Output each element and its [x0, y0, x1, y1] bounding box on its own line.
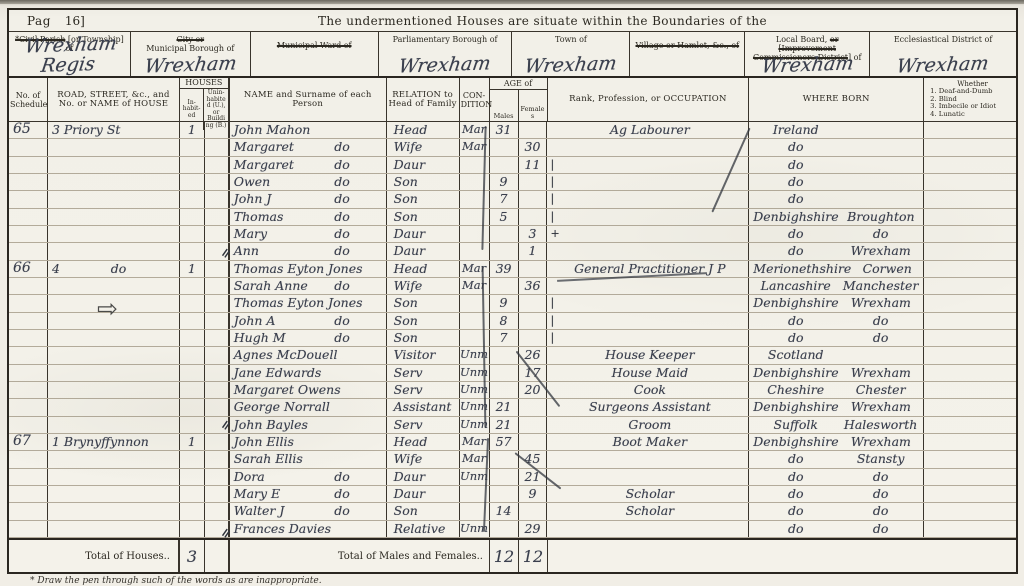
table-row: Margaret Owens Serv Unm 20 Cook Cheshire… [9, 382, 1016, 399]
cell-occupation: Groom [547, 417, 749, 433]
cell-age-male [490, 157, 519, 173]
cell-born-county: do [753, 191, 838, 206]
cell-where-born: LancashireManchester [749, 278, 924, 294]
cell-relation: Assistant [387, 399, 460, 415]
cell-inhabited [180, 399, 205, 415]
cell-schedule [9, 139, 48, 155]
cell-age-female [519, 417, 548, 433]
cell-where-born: dodo [749, 486, 924, 502]
cell-name-ditto: do [334, 191, 350, 206]
cell-uninhabited [205, 382, 230, 398]
cell-infirmity [924, 313, 1016, 329]
cell-born-place: do [838, 226, 923, 241]
cell-schedule [9, 278, 48, 294]
box-municipal-ward-value [251, 55, 378, 75]
cell-inhabited [180, 209, 205, 225]
cell-name: George Norrall [230, 399, 387, 415]
cell-relation: Daur [387, 486, 460, 502]
cell-age-male: 57 [490, 434, 519, 450]
cell-age-male: 8 [490, 313, 519, 329]
scan-edge [0, 0, 1024, 4]
cell-condition [460, 243, 490, 259]
cell-uninhabited [205, 503, 230, 519]
box-parliamentary-borough-label: Parliamentary Borough of [379, 35, 512, 44]
cell-uninhabited [205, 122, 230, 138]
box-town-label: Town of [512, 35, 629, 44]
cell-road [48, 330, 180, 346]
cell-condition [460, 174, 490, 190]
cell-infirmity [924, 139, 1016, 155]
cell-uninhabited [205, 365, 230, 381]
cell-schedule [9, 174, 48, 190]
cell-relation: Serv [387, 365, 460, 381]
cell-infirmity [924, 174, 1016, 190]
cell-age-male: 39 [490, 261, 519, 277]
cell-born-county: Suffolk [753, 417, 838, 432]
cell-schedule [9, 243, 48, 259]
cell-relation: Wife [387, 139, 460, 155]
table-row: John A do Son 8 | dodo [9, 313, 1016, 330]
cell-name: Frances Davies [230, 521, 387, 537]
cell-relation: Head [387, 434, 460, 450]
cell-born-county: Ireland [753, 122, 838, 137]
box-parliamentary-borough-value: Wrexham [379, 55, 512, 75]
cell-age-female: 36 [519, 278, 548, 294]
cell-road [48, 209, 180, 225]
header-schedule: No. of Schedule [9, 78, 48, 121]
cell-road-ditto: do [111, 261, 127, 276]
box-municipal-ward-label: Municipal Ward of [251, 35, 378, 50]
cell-condition: Unm [460, 521, 490, 537]
cell-name: John Ellis [230, 434, 387, 450]
cell-road [48, 417, 180, 433]
cell-uninhabited [205, 347, 230, 363]
cell-born-county: do [753, 469, 838, 484]
cell-born-county: do [753, 139, 838, 154]
box-municipal-borough: City or Municipal Borough of Wrexham [131, 32, 251, 76]
cell-born-county: do [753, 451, 838, 466]
cell-born-county: Cheshire [753, 382, 838, 397]
cell-infirmity [924, 157, 1016, 173]
cell-inhabited [180, 295, 205, 311]
cell-born-place [838, 139, 923, 154]
cell-inhabited [180, 174, 205, 190]
cell-condition [460, 313, 490, 329]
cell-infirmity [924, 261, 1016, 277]
header-houses: HOUSES In-habit-ed Unin-habited (U.), or… [180, 78, 230, 121]
cell-born-place: do [838, 313, 923, 328]
cell-occupation: | [547, 209, 749, 225]
header-occupation: Rank, Profession, or OCCUPATION [548, 78, 750, 121]
cell-where-born: MerionethshireCorwen [749, 261, 924, 277]
cell-age-male [490, 278, 519, 294]
cell-age-female [519, 503, 548, 519]
table-row: Jane Edwards Serv Unm 17 House Maid Denb… [9, 365, 1016, 382]
cell-occupation: | [547, 313, 749, 329]
cell-infirmity [924, 330, 1016, 346]
cell-age-female [519, 313, 548, 329]
box-town-value: Wrexham [512, 55, 629, 75]
cell-age-male: 9 [490, 174, 519, 190]
cell-name: John Mahon [230, 122, 387, 138]
cell-age-female [519, 330, 548, 346]
cell-relation: Son [387, 503, 460, 519]
census-form: Pag 16] The undermentioned Houses are si… [7, 8, 1018, 574]
cell-name: Sarah Ellis [230, 451, 387, 467]
cell-inhabited [180, 278, 205, 294]
cell-born-place: do [838, 330, 923, 345]
cell-occupation: Scholar [547, 503, 749, 519]
cell-relation: Relative [387, 521, 460, 537]
cell-age-male: 9 [490, 295, 519, 311]
district-boxes: *Civil Parish [or Township] of Wrexham R… [9, 32, 1016, 78]
cell-relation: Son [387, 191, 460, 207]
cell-name-ditto: do [334, 157, 350, 172]
enumerator-tick-mark: | [550, 295, 554, 310]
cell-age-female [519, 261, 548, 277]
cell-born-place: do [838, 469, 923, 484]
enumerator-tick-mark: | [550, 330, 554, 345]
table-row: Sarah Anne do Wife Mar 36 LancashireManc… [9, 278, 1016, 295]
header-age-females: Females [519, 90, 547, 121]
cell-born-place: Wrexham [839, 399, 923, 414]
total-rest-empty [548, 540, 1016, 572]
cell-where-born: do [749, 157, 924, 173]
cell-schedule [9, 209, 48, 225]
cell-born-place [838, 347, 923, 362]
cell-relation: Head [387, 122, 460, 138]
cell-born-county: do [753, 486, 838, 501]
cell-condition: Mar [460, 278, 490, 294]
cell-road [48, 347, 180, 363]
cell-age-female: 11 [519, 157, 548, 173]
cell-inhabited: 1 [180, 261, 205, 277]
table-row: Ann do Daur 1 doWrexham [9, 243, 1016, 260]
total-uninhabited-empty [205, 540, 230, 572]
cell-uninhabited [205, 139, 230, 155]
table-rows: 65 3 Priory St 1 John Mahon Head Mar 31 … [9, 122, 1016, 538]
cell-uninhabited [205, 261, 230, 277]
cell-age-male: 5 [490, 209, 519, 225]
table-row: 65 3 Priory St 1 John Mahon Head Mar 31 … [9, 122, 1016, 139]
header-road: ROAD, STREET, &c., and No. or NAME of HO… [48, 78, 180, 121]
cell-road [48, 365, 180, 381]
cell-born-place: do [838, 503, 923, 518]
cell-occupation: Cook [547, 382, 749, 398]
cell-name-ditto: do [334, 313, 350, 328]
cell-occupation: | [547, 174, 749, 190]
cell-where-born: dodo [749, 330, 924, 346]
cell-age-male: 21 [490, 417, 519, 433]
cell-infirmity [924, 365, 1016, 381]
cell-infirmity [924, 382, 1016, 398]
cell-born-county: do [753, 226, 838, 241]
cell-uninhabited [205, 278, 230, 294]
cell-relation: Daur [387, 469, 460, 485]
cell-inhabited [180, 365, 205, 381]
box-local-board-value: Wrexham [745, 55, 869, 75]
cell-age-male [490, 469, 519, 485]
cell-uninhabited [205, 313, 230, 329]
cell-born-county: Merionethshire [753, 261, 851, 276]
cell-occupation: | [547, 330, 749, 346]
cell-infirmity [924, 469, 1016, 485]
cell-inhabited [180, 243, 205, 259]
cell-schedule [9, 451, 48, 467]
cell-infirmity [924, 417, 1016, 433]
cell-occupation [547, 469, 749, 485]
cell-inhabited [180, 521, 205, 537]
cell-schedule [9, 191, 48, 207]
cell-relation: Son [387, 330, 460, 346]
cell-inhabited [180, 417, 205, 433]
cell-uninhabited [205, 330, 230, 346]
box-village-hamlet: Village or Hamlet, &c., of [630, 32, 745, 76]
cell-born-county: do [753, 521, 838, 536]
table-row: Dora do Daur Unm 21 dodo [9, 469, 1016, 486]
cell-inhabited [180, 451, 205, 467]
cell-condition: Unm [460, 347, 490, 363]
cell-name: John A do [230, 313, 387, 329]
box-parliamentary-borough: Parliamentary Borough of Wrexham [379, 32, 513, 76]
cell-name: Mary do [230, 226, 387, 242]
cell-schedule: 66 [9, 261, 48, 277]
cell-road [48, 157, 180, 173]
cell-schedule [9, 347, 48, 363]
cell-name: Owen do [230, 174, 387, 190]
total-houses-value: 3 [180, 540, 205, 572]
cell-name-ditto: do [334, 139, 350, 154]
enumerator-tick-mark: | [550, 209, 554, 224]
cell-road: 4 do [48, 261, 180, 277]
cell-age-male: 14 [490, 503, 519, 519]
cell-born-county: Denbighshire [753, 399, 838, 414]
cell-where-born: dodo [749, 313, 924, 329]
cell-age-male [490, 486, 519, 502]
table-row: Walter J do Son 14 Scholar dodo [9, 503, 1016, 520]
cell-infirmity [924, 191, 1016, 207]
cell-name: Sarah Anne do [230, 278, 387, 294]
cell-road [48, 243, 180, 259]
cell-infirmity [924, 347, 1016, 363]
table-row: Frances Davies Relative Unm 29 dodo [9, 521, 1016, 538]
cell-condition [460, 209, 490, 225]
cell-age-female [519, 191, 548, 207]
cell-born-place: Stansty [838, 451, 923, 466]
cell-occupation: | [547, 295, 749, 311]
cell-born-place: Corwen [851, 261, 923, 276]
cell-condition [460, 295, 490, 311]
cell-age-male [490, 226, 519, 242]
cell-born-place: Wrexham [839, 434, 923, 449]
cell-born-place: do [838, 521, 923, 536]
cell-name: Hugh M do [230, 330, 387, 346]
cell-born-place: Broughton [839, 209, 923, 224]
cell-road [48, 278, 180, 294]
cell-road [48, 469, 180, 485]
census-page-scan: Pag 16] The undermentioned Houses are si… [0, 0, 1024, 586]
cell-uninhabited [205, 486, 230, 502]
cell-age-female: 9 [519, 486, 548, 502]
cell-road: 3 Priory St [48, 122, 180, 138]
cell-road [48, 382, 180, 398]
cell-occupation: Ag Labourer [547, 122, 749, 138]
form-title: The undermentioned Houses are situate wi… [9, 14, 1016, 28]
cell-age-female [519, 122, 548, 138]
cell-infirmity [924, 122, 1016, 138]
cell-schedule [9, 486, 48, 502]
cell-infirmity [924, 399, 1016, 415]
box-municipal-ward: Municipal Ward of [251, 32, 379, 76]
box-municipal-borough-label: City or Municipal Borough of [131, 35, 250, 53]
table-row: Hugh M do Son 7 | dodo [9, 330, 1016, 347]
cell-occupation [547, 243, 749, 259]
cell-schedule: 65 [9, 122, 48, 138]
table-row: Sarah Ellis Wife Mar 45 doStansty [9, 451, 1016, 468]
cell-born-county: do [753, 313, 838, 328]
cell-road [48, 226, 180, 242]
box-civil-parish: *Civil Parish [or Township] of Wrexham R… [9, 32, 131, 76]
cell-inhabited: 1 [180, 434, 205, 450]
cell-inhabited [180, 330, 205, 346]
cell-age-female [519, 174, 548, 190]
cell-born-place: do [838, 486, 923, 501]
cell-schedule: 67 [9, 434, 48, 450]
cell-relation: Daur [387, 157, 460, 173]
totals-row: Total of Houses.. 3 Total of Males and F… [9, 538, 1016, 572]
cell-name: Margaret do [230, 157, 387, 173]
cell-age-male [490, 382, 519, 398]
cell-name: Thomas do [230, 209, 387, 225]
cell-schedule [9, 521, 48, 537]
cell-schedule [9, 382, 48, 398]
cell-age-male [490, 521, 519, 537]
cell-name: Thomas Eyton Jones [230, 261, 387, 277]
cell-name: Margaret Owens [230, 382, 387, 398]
cell-where-born: dodo [749, 521, 924, 537]
cell-where-born: DenbighshireWrexham [749, 365, 924, 381]
table-row: Thomas Eyton Jones Son 9 | DenbighshireW… [9, 295, 1016, 312]
cell-age-male [490, 365, 519, 381]
cell-name: Walter J do [230, 503, 387, 519]
cell-born-county: Denbighshire [753, 365, 838, 380]
cell-relation: Serv [387, 382, 460, 398]
cell-where-born: CheshireChester [749, 382, 924, 398]
cell-occupation: | [547, 157, 749, 173]
cell-occupation: Boot Maker [547, 434, 749, 450]
box-municipal-borough-value: Wrexham [131, 55, 250, 75]
table-row: John J do Son 7 | do [9, 191, 1016, 208]
box-village-hamlet-label: Village or Hamlet, &c., of [630, 35, 744, 50]
enumerator-tick-mark: | [550, 174, 554, 189]
cell-age-female: 3 [519, 226, 548, 242]
cell-relation: Wife [387, 278, 460, 294]
cell-relation: Daur [387, 226, 460, 242]
table-row: George Norrall Assistant Unm 21 Surgeons… [9, 399, 1016, 416]
cell-where-born: Scotland [749, 347, 924, 363]
cell-name: John Bayles [230, 417, 387, 433]
cell-infirmity [924, 521, 1016, 537]
table-row: Agnes McDouell Visitor Unm 26 House Keep… [9, 347, 1016, 364]
cell-age-female [519, 209, 548, 225]
cell-infirmity [924, 278, 1016, 294]
cell-schedule [9, 157, 48, 173]
cell-relation: Son [387, 174, 460, 190]
cell-relation: Son [387, 209, 460, 225]
cell-relation: Head [387, 261, 460, 277]
cell-born-county: Scotland [753, 347, 838, 362]
cell-occupation: Scholar [547, 486, 749, 502]
total-females-value: 12 [519, 540, 548, 572]
cell-age-male: 7 [490, 191, 519, 207]
cell-name-ditto: do [334, 469, 350, 484]
cell-name: Agnes McDouell [230, 347, 387, 363]
cell-inhabited [180, 313, 205, 329]
cell-schedule [9, 330, 48, 346]
cell-occupation [547, 451, 749, 467]
box-local-board: Local Board, or [Improvement Commissione… [745, 32, 870, 76]
cell-road [48, 503, 180, 519]
header-name: NAME and Surname of each Person [230, 78, 387, 121]
cell-name-ditto: do [334, 503, 350, 518]
cell-name-ditto: do [334, 226, 350, 241]
cell-age-male: 7 [490, 330, 519, 346]
cell-condition: Mar [460, 261, 490, 277]
cell-road: 1 Brynyffynnon [48, 434, 180, 450]
cell-occupation [547, 521, 749, 537]
enumerator-tick-mark: + [550, 226, 559, 241]
cell-relation: Daur [387, 243, 460, 259]
cell-where-born: do [749, 139, 924, 155]
cell-occupation: House Keeper [547, 347, 749, 363]
cell-name-ditto: do [334, 486, 350, 501]
cell-condition: Mar [460, 434, 490, 450]
table-row: Margaret do Daur 11 | do [9, 157, 1016, 174]
box-ecclesiastical-district: Ecclesiastical District of Wrexham [870, 32, 1016, 76]
cell-infirmity [924, 451, 1016, 467]
cell-inhabited [180, 469, 205, 485]
header-age: AGE of Males Females [490, 78, 548, 121]
cell-road [48, 486, 180, 502]
cell-name-ditto: do [334, 174, 350, 189]
cell-born-county: do [753, 243, 838, 258]
cell-age-male: 21 [490, 399, 519, 415]
cell-inhabited [180, 191, 205, 207]
cell-occupation [547, 139, 749, 155]
cell-schedule [9, 295, 48, 311]
cell-uninhabited [205, 451, 230, 467]
cell-relation: Serv [387, 417, 460, 433]
cell-born-county: do [753, 174, 838, 189]
cell-infirmity [924, 226, 1016, 242]
cell-road [48, 399, 180, 415]
cell-schedule [9, 417, 48, 433]
cell-name-ditto: do [334, 209, 350, 224]
right-arrow-stamp-icon: ⇨ [97, 296, 118, 321]
cell-born-county: do [753, 157, 838, 172]
cell-age-female [519, 399, 548, 415]
cell-born-county: do [753, 503, 838, 518]
cell-age-male [490, 139, 519, 155]
cell-name: Ann do [230, 243, 387, 259]
cell-schedule [9, 503, 48, 519]
total-males-females-label: Total of Males and Females.. [230, 540, 490, 572]
cell-name: Dora do [230, 469, 387, 485]
cell-name-ditto: do [334, 278, 350, 293]
table-row: John Bayles Serv Unm 21 Groom SuffolkHal… [9, 417, 1016, 434]
cell-born-place: Wrexham [839, 295, 923, 310]
cell-road [48, 191, 180, 207]
